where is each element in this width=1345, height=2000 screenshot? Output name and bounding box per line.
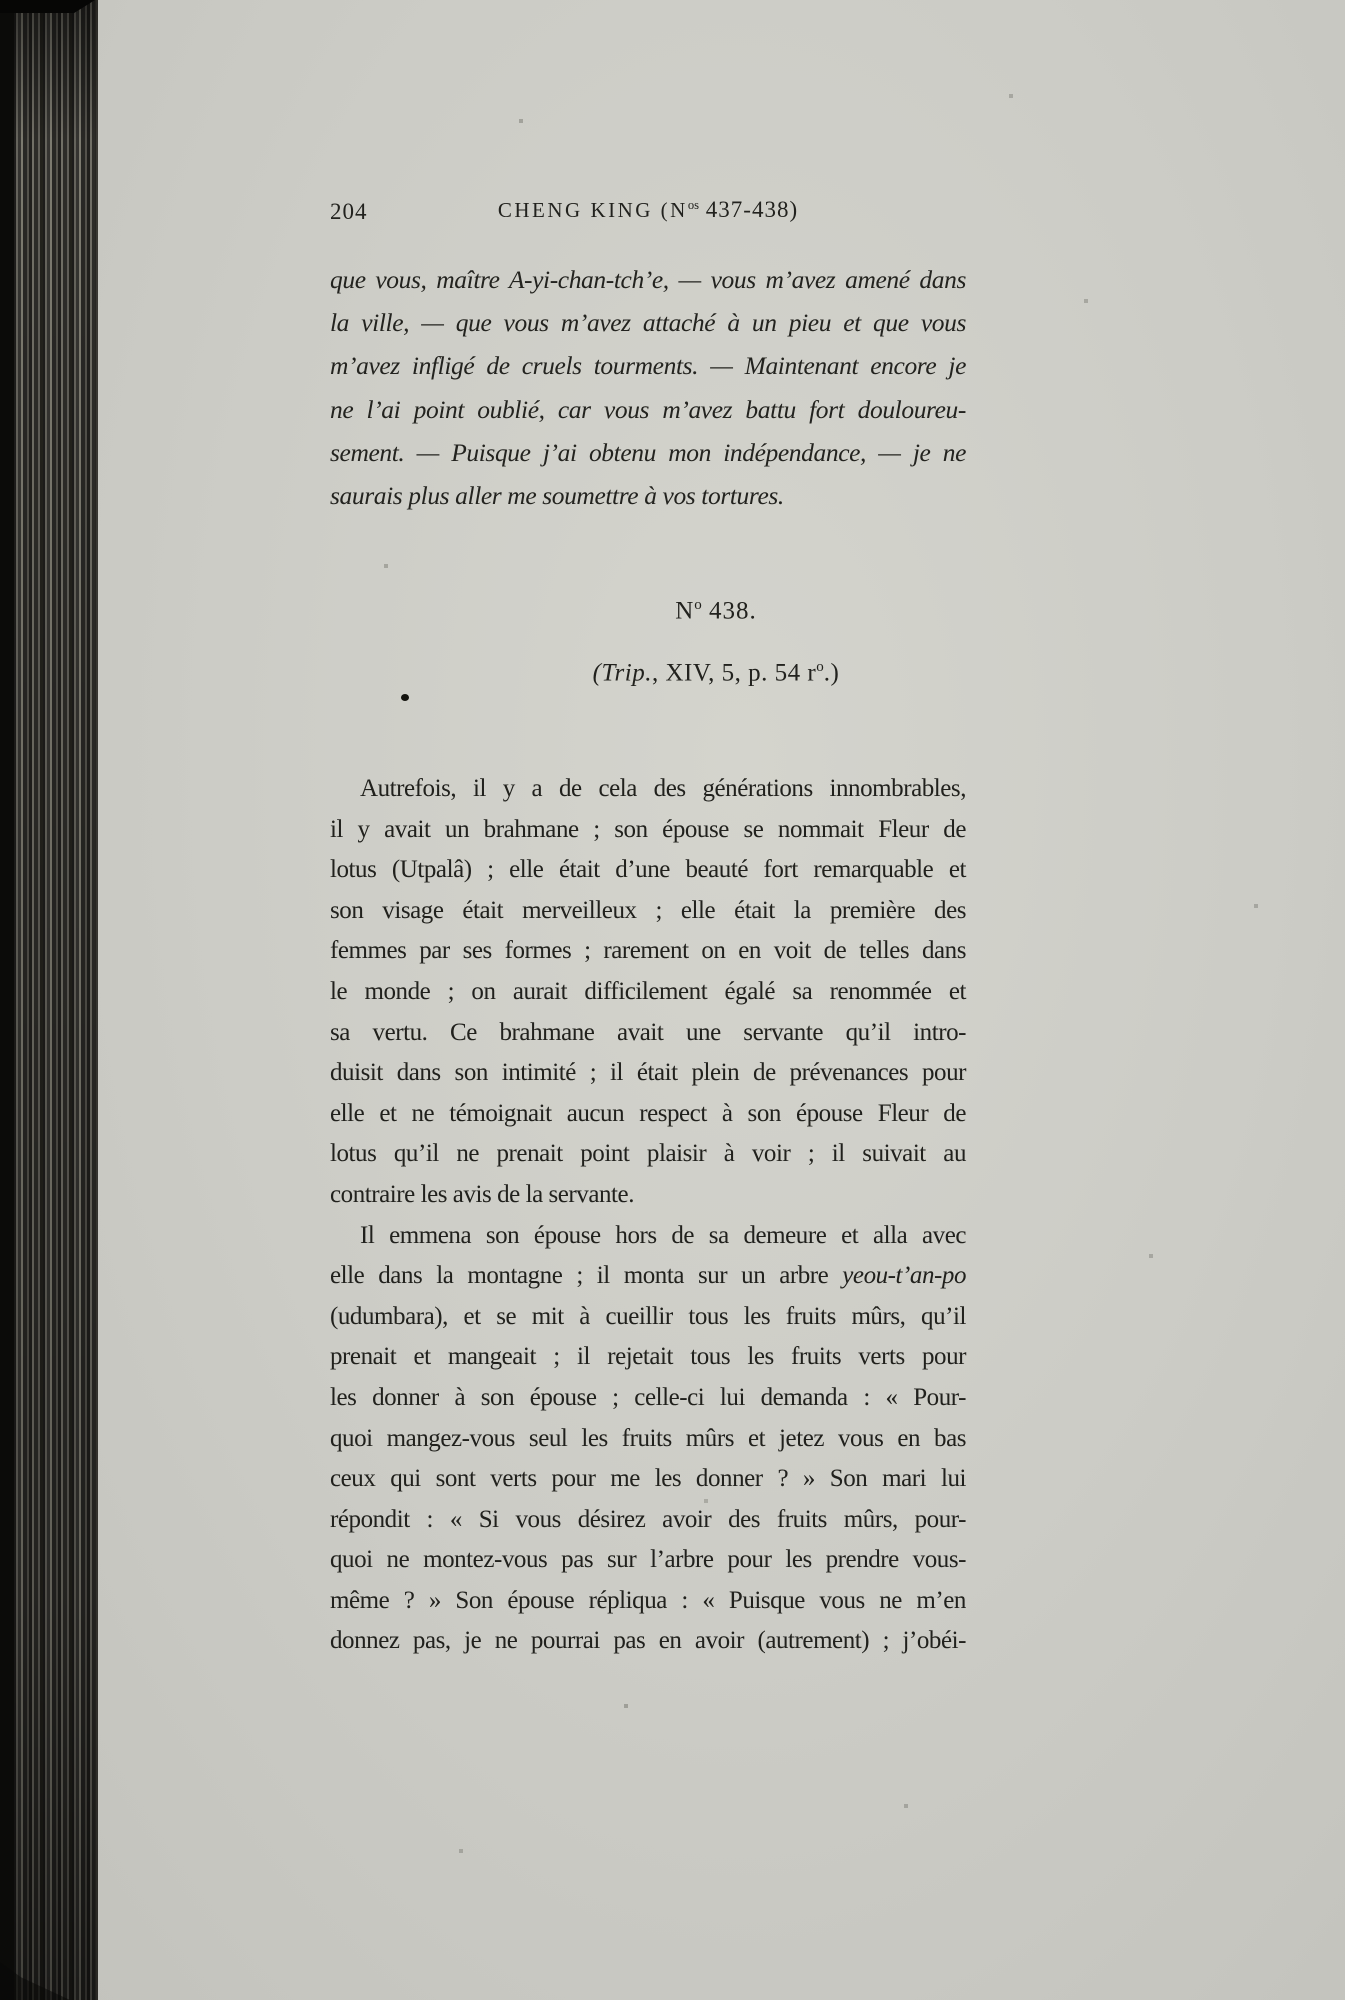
book-cover-edge — [0, 0, 14, 2000]
heading-pre: N — [675, 597, 694, 624]
text-line: Il emmena son épouse hors de sa demeure … — [330, 1216, 966, 1257]
source-mid: , XIV, 5, p. 54 r — [652, 659, 816, 686]
book-page: 204 CHENG KING (Nos 437-438) que vous, m… — [0, 0, 1345, 2000]
text-line: ceux qui sont verts pour me les donner ?… — [330, 1459, 966, 1500]
text-line: ne l’ai point oublié, car vous m’avez ba… — [330, 388, 966, 431]
text-line: Autrefois, il y a de cela des génération… — [330, 769, 966, 810]
source-post: .) — [824, 659, 840, 686]
text-line: m’avez infligé de cruels tourments. — Ma… — [330, 344, 966, 387]
ink-blot — [401, 694, 409, 701]
text-line: donnez pas, je ne pourrai pas en avoir (… — [330, 1621, 966, 1662]
text-line: sa vertu. Ce brahmane avait une servante… — [330, 1013, 966, 1054]
text-line: répondit : « Si vous désirez avoir des f… — [330, 1500, 966, 1541]
page-header: 204 CHENG KING (Nos 437-438) — [330, 197, 966, 227]
source-reference: (Trip., XIV, 5, p. 54 ro.) — [398, 659, 1034, 687]
text-line: quoi mangez-vous seul les fruits mûrs et… — [330, 1419, 966, 1460]
text-line: contraire les avis de la servante. — [330, 1175, 966, 1216]
source-italic: (Trip. — [593, 659, 652, 686]
quote-paragraph: que vous, maître A-yi-chan-tch’e, — vous… — [330, 258, 966, 517]
section-heading: No 438. — [398, 597, 1034, 625]
body-text: Autrefois, il y a de cela des génération… — [330, 769, 966, 1662]
text-line: même ? » Son épouse répliqua : « Puisque… — [330, 1581, 966, 1622]
text-line: il y avait un brahmane ; son épouse se n… — [330, 810, 966, 851]
text-line: que vous, maître A-yi-chan-tch’e, — vous… — [330, 258, 966, 301]
running-head-superscript: os — [688, 198, 699, 212]
source-superscript: o — [816, 659, 824, 675]
heading-post: 438. — [702, 597, 757, 624]
running-head-post: 437-438) — [699, 197, 798, 222]
text-line: (udumbara), et se mit à cueillir tous le… — [330, 1297, 966, 1338]
heading-superscript: o — [694, 597, 702, 613]
page-edges-texture — [14, 0, 98, 2000]
spine-shadow-line — [95, 0, 98, 2000]
running-head: CHENG KING (Nos 437-438) — [330, 197, 966, 223]
text-line: elle dans la montagne ; il monta sur un … — [330, 1256, 966, 1297]
text-line: son visage était merveilleux ; elle étai… — [330, 891, 966, 932]
text-line: lotus (Utpalâ) ; elle était d’une beauté… — [330, 850, 966, 891]
text-line: saurais plus aller me soumettre à vos to… — [330, 474, 966, 517]
text-line: sement. — Puisque j’ai obtenu mon indépe… — [330, 431, 966, 474]
text-line: prenait et mangeait ; il rejetait tous l… — [330, 1337, 966, 1378]
paragraph-1: Autrefois, il y a de cela des génération… — [330, 769, 966, 1216]
paper-specks — [0, 0, 2, 2]
text-line: lotus qu’il ne prenait point plaisir à v… — [330, 1134, 966, 1175]
page-number: 204 — [330, 199, 368, 225]
text-line: le monde ; on aurait difficilement égalé… — [330, 972, 966, 1013]
running-head-pre: CHENG KING (N — [498, 198, 688, 222]
text-line: la ville, — que vous m’avez attaché à un… — [330, 301, 966, 344]
text-line: les donner à son épouse ; celle-ci lui d… — [330, 1378, 966, 1419]
paragraph-2: Il emmena son épouse hors de sa demeure … — [330, 1216, 966, 1663]
text-line: quoi ne montez-vous pas sur l’arbre pour… — [330, 1540, 966, 1581]
text-line: elle et ne témoignait aucun respect à so… — [330, 1094, 966, 1135]
text-line: duisit dans son intimité ; il était plei… — [330, 1053, 966, 1094]
text-line: femmes par ses formes ; rarement on en v… — [330, 931, 966, 972]
